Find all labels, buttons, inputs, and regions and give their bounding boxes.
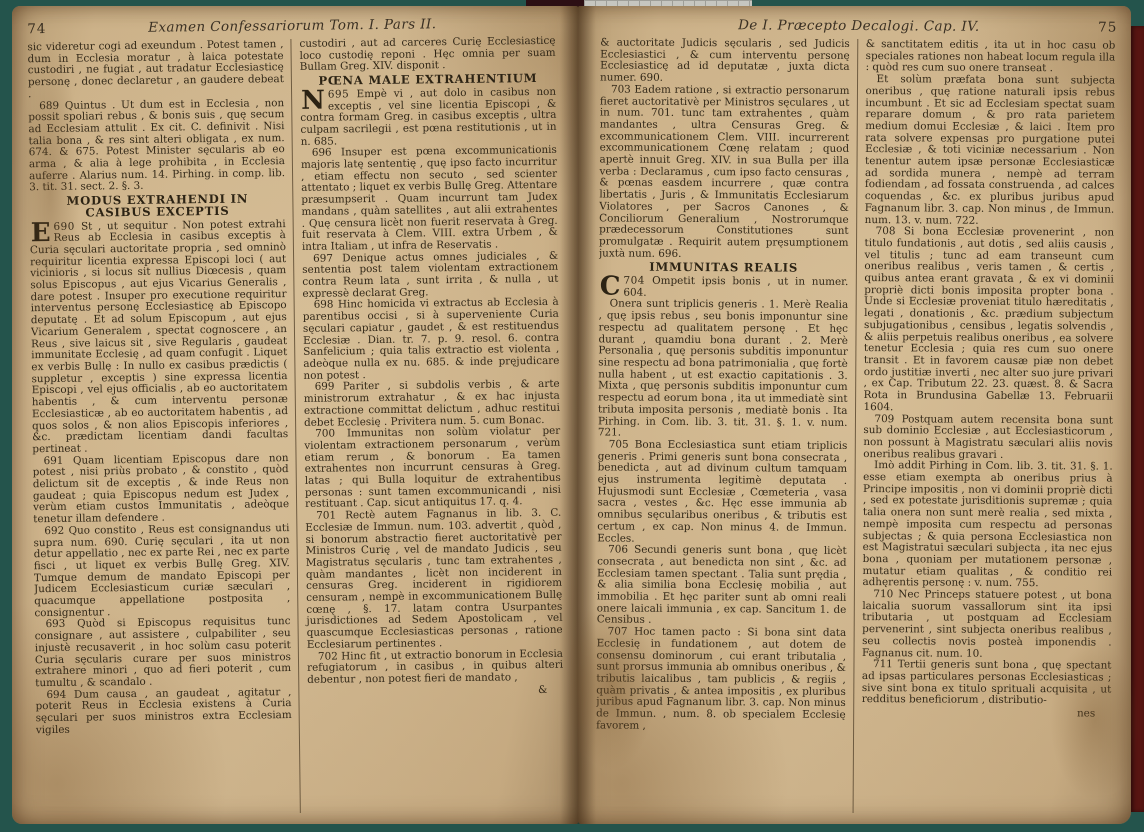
paragraph: Onera sunt triplicis generis . 1. Merè R… <box>598 299 848 441</box>
page-right-header: De I. Præcepto Decalogi. Cap. IV. 75 <box>600 16 1117 35</box>
page-number-left: 74 <box>27 21 73 38</box>
paragraph: 691 Quam licentiam Episcopus dare non po… <box>32 453 289 526</box>
drop-cap: C <box>599 275 624 297</box>
paragraph: Et solùm præfata bona sunt subjecta oner… <box>865 74 1115 228</box>
book-board-right <box>1131 26 1144 812</box>
paragraph: 701 Rectè autem Fagnanus in lib. 3. C. E… <box>305 508 563 652</box>
paragraph: 706 Secundi generis sunt bona , quę licè… <box>597 545 847 628</box>
drop-cap: E <box>30 221 54 243</box>
book-scan-spread: 74 Examen Confessariorum Tom. I. Pars II… <box>0 0 1144 832</box>
paragraph: 700 Immunitas non solùm violatur per vio… <box>304 426 561 511</box>
paragraph: 689 Quintus . Ut dum est in Ecclesia , n… <box>28 98 285 195</box>
catchword: nes <box>862 707 1112 720</box>
paragraph: 708 Si bona Ecclesiæ provenerint , non t… <box>864 226 1115 415</box>
paragraph: 695 NEmpè vi , aut dolo in casibus non e… <box>300 87 557 149</box>
paragraph-number: 690 <box>53 220 81 232</box>
paragraph: & auctoritate Judicis sęcularis , sed Ju… <box>600 37 850 85</box>
text-columns-right: & auctoritate Judicis sęcularis , sed Ju… <box>596 37 1118 814</box>
running-title-right: De I. Præcepto Decalogi. Cap. IV. <box>646 17 1071 36</box>
section-heading: MODUS EXTRAHENDI IN CASIBUS EXCEPTIS <box>33 193 281 219</box>
page-left-inner: 74 Examen Confessariorum Tom. I. Pars II… <box>7 3 583 828</box>
paragraph: 694 Dum causa , an gaudeat , agitatur , … <box>35 687 292 737</box>
text-column: custodiri , aut ad carceres Curię Eccles… <box>290 36 566 813</box>
paragraph: 711 Tertii generis sunt bona , quę spect… <box>862 659 1112 707</box>
paragraph: 699 Pariter , si subdolis verbis , & art… <box>304 379 561 429</box>
paragraph: 696 Insuper est pœna excommunicationis m… <box>301 145 558 253</box>
paragraph: 702 Hinc fit , ut extractio bonorum in E… <box>307 648 563 686</box>
paragraph: custodiri , aut ad carceres Curię Eccles… <box>299 36 555 74</box>
paragraph: 709 Postquam autem recensita bona sunt s… <box>863 414 1113 462</box>
page-right-inner: De I. Præcepto Decalogi. Cap. IV. 75 & a… <box>576 4 1134 825</box>
catchword: & <box>307 684 563 699</box>
page-left-header: 74 Examen Confessariorum Tom. I. Pars II… <box>27 15 557 37</box>
page-number-right: 75 <box>1071 19 1117 35</box>
paragraph: 705 Bona Ecclesiastica sunt etiam tripli… <box>597 439 847 546</box>
paragraph-number: 695 <box>328 88 357 100</box>
text-column: & sanctitatem editis , ita ut in hoc cas… <box>852 39 1117 815</box>
section-heading: IMMUNITAS REALIS <box>603 262 845 275</box>
text-column: & auctoritate Judicis sęcularis , sed Ju… <box>596 37 857 813</box>
text-column: sic videretur cogi ad exeundum . Potest … <box>27 39 299 816</box>
paragraph: 692 Quo constito , Reus est consignandus… <box>33 523 290 620</box>
paragraph: & sanctitatem editis , ita ut in hoc cas… <box>866 39 1116 76</box>
paragraph: 703 Eadem ratione , si extractio persona… <box>599 84 850 261</box>
running-title-left: Examen Confessariorum Tom. I. Pars II. <box>73 15 511 36</box>
paragraph: 707 Hoc tamen pacto : Si bona sint data … <box>596 627 846 734</box>
page-right: De I. Præcepto Decalogi. Cap. IV. 75 & a… <box>578 6 1131 824</box>
paragraph: 710 Nec Princeps statuere potest , ut bo… <box>862 589 1112 661</box>
page-left: 74 Examen Confessariorum Tom. I. Pars II… <box>12 6 578 824</box>
paragraph: sic videretur cogi ad exeundum . Potest … <box>27 39 284 101</box>
paragraph: Imò addit Pirhing in Com. lib. 3. tit. 3… <box>862 460 1112 590</box>
paragraph: 693 Quòd si Episcopus requisitus tunc co… <box>34 617 291 690</box>
paragraph: 690 ESt , ut sequitur . Non potest extra… <box>30 219 289 456</box>
paragraph: 697 Denique actus omnes judiciales , & s… <box>302 250 559 300</box>
text-columns-left: sic videretur cogi ad exeundum . Potest … <box>27 36 566 816</box>
drop-cap: N <box>300 89 328 111</box>
paragraph-number: 704 <box>623 275 652 287</box>
paragraph: 704 COmpetit ipsis bonis , ut in numer. … <box>599 275 849 300</box>
header-spacer-left <box>511 27 557 28</box>
paragraph: 698 Hinc homicida vi extractus ab Eccles… <box>303 297 560 382</box>
